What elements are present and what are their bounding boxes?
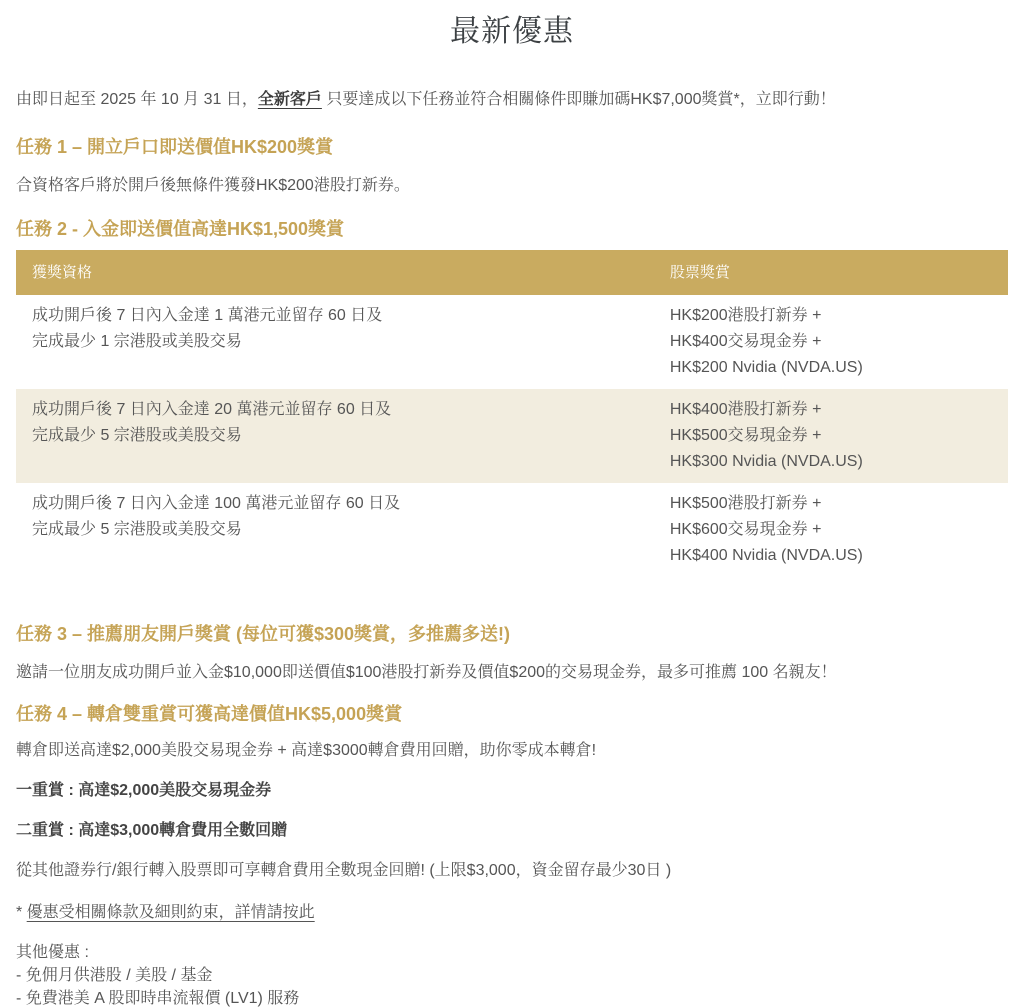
task4-heading: 任務 4 – 轉倉雙重賞可獲高達價值HK$5,000獎賞	[16, 701, 1008, 727]
reward-cell: HK$200港股打新券 + HK$400交易現金券 + HK$200 Nvidi…	[654, 295, 1008, 389]
task2-heading: 任務 2 - 入金即送價值高達HK$1,500獎賞	[16, 216, 1008, 242]
column-header-qualification: 獲獎資格	[16, 250, 654, 295]
table-row: 成功開戶後 7 日內入金達 20 萬港元並留存 60 日及 完成最少 5 宗港股…	[16, 389, 1008, 483]
column-header-reward: 股票獎賞	[654, 250, 1008, 295]
task4-tier1: 一重賞 : 高達$2,000美股交易現金券	[16, 779, 1008, 803]
task1-heading: 任務 1 – 開立戶口即送價值HK$200獎賞	[16, 134, 1008, 160]
task3-description: 邀請一位朋友成功開戶並入金$10,000即送價值$100港股打新券及價值$200…	[16, 661, 1008, 685]
terms-footnote: * 優惠受相關條款及細則約束，詳情請按此	[16, 901, 1008, 925]
terms-link[interactable]: 優惠受相關條款及細則約束，詳情請按此	[27, 904, 315, 921]
intro-paragraph: 由即日起至 2025 年 10 月 31 日，全新客戶 只要達成以下任務並符合相…	[16, 88, 1008, 112]
table-row: 成功開戶後 7 日內入金達 100 萬港元並留存 60 日及 完成最少 5 宗港…	[16, 483, 1008, 577]
reward-table-header-row: 獲獎資格 股票獎賞	[16, 250, 1008, 295]
intro-text-before: 由即日起至 2025 年 10 月 31 日，	[16, 91, 258, 108]
new-customer-highlight: 全新客戶	[258, 91, 322, 108]
task3-heading: 任務 3 – 推薦朋友開戶獎賞 (每位可獲$300獎賞，多推薦多送!)	[16, 621, 1008, 647]
table-row: 成功開戶後 7 日內入金達 1 萬港元並留存 60 日及 完成最少 1 宗港股或…	[16, 295, 1008, 389]
promo-page: 最新優惠 由即日起至 2025 年 10 月 31 日，全新客戶 只要達成以下任…	[0, 16, 1024, 1007]
other-offers: 其他優惠 : - 免佣月供港股 / 美股 / 基金 - 免費港美 A 股即時串流…	[16, 941, 1008, 1007]
qualification-cell: 成功開戶後 7 日內入金達 20 萬港元並留存 60 日及 完成最少 5 宗港股…	[16, 389, 654, 483]
task1-description: 合資格客戶將於開戶後無條件獲發HK$200港股打新券。	[16, 174, 1008, 198]
other-offers-heading: 其他優惠 :	[16, 941, 1008, 964]
task4-tier2: 二重賞 : 高達$3,000轉倉費用全數回贈	[16, 819, 1008, 843]
list-item: - 免佣月供港股 / 美股 / 基金	[16, 964, 1008, 987]
qualification-cell: 成功開戶後 7 日內入金達 1 萬港元並留存 60 日及 完成最少 1 宗港股或…	[16, 295, 654, 389]
qualification-cell: 成功開戶後 7 日內入金達 100 萬港元並留存 60 日及 完成最少 5 宗港…	[16, 483, 654, 577]
reward-cell: HK$500港股打新券 + HK$600交易現金券 + HK$400 Nvidi…	[654, 483, 1008, 577]
list-item: - 免費港美 A 股即時串流報價 (LV1) 服務	[16, 987, 1008, 1007]
reward-table: 獲獎資格 股票獎賞 成功開戶後 7 日內入金達 1 萬港元並留存 60 日及 完…	[16, 250, 1008, 577]
task4-description: 轉倉即送高達$2,000美股交易現金券 + 高達$3000轉倉費用回贈，助你零成…	[16, 739, 1008, 763]
reward-cell: HK$400港股打新券 + HK$500交易現金券 + HK$300 Nvidi…	[654, 389, 1008, 483]
intro-text-after: 只要達成以下任務並符合相關條件即賺加碼HK$7,000獎賞*，立即行動！	[322, 91, 836, 108]
task4-transfer-note: 從其他證券行/銀行轉入股票即可享轉倉費用全數現金回贈! (上限$3,000，資金…	[16, 859, 1008, 883]
footnote-asterisk: *	[16, 904, 27, 921]
page-title: 最新優惠	[16, 16, 1008, 48]
